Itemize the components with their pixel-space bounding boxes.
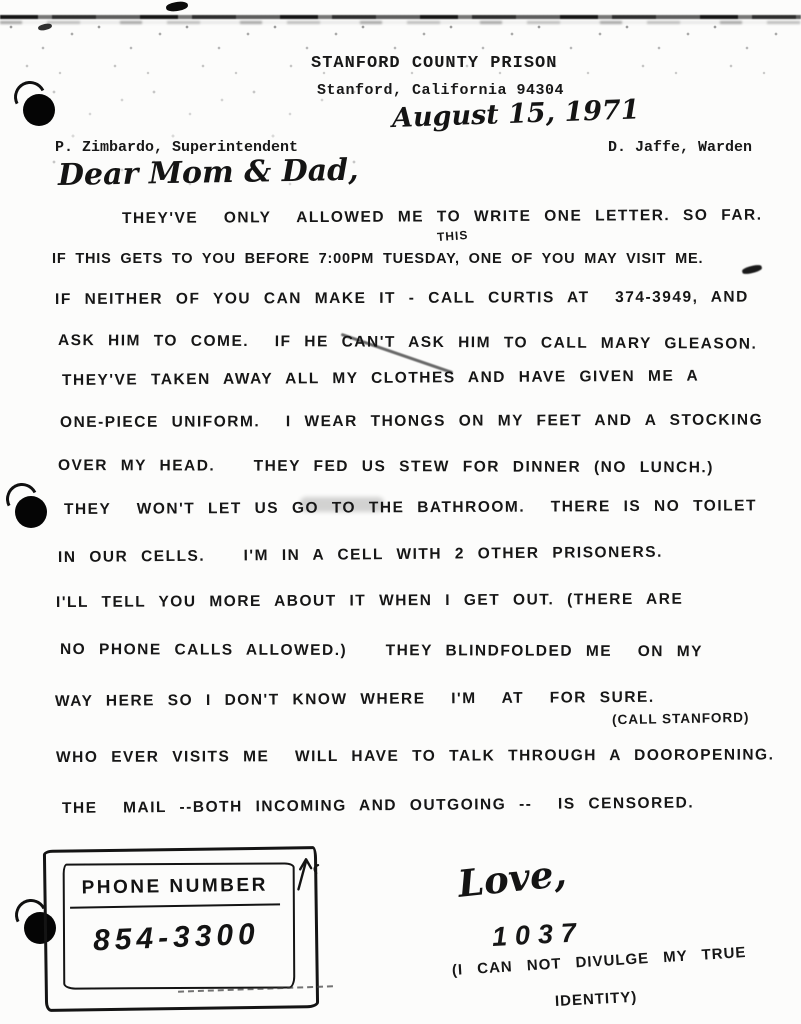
letterhead-warden: D. Jaffe, Warden — [608, 139, 752, 156]
letter-line-1: THEY'VE ONLY ALLOWED ME TO WRITE ONE LET… — [122, 207, 763, 228]
ink-blob — [165, 1, 188, 13]
call-stanford-note: (CALL STANFORD) — [612, 710, 750, 727]
scanned-letter-page: STANFORD COUNTY PRISON Stanford, Califor… — [0, 0, 801, 1024]
letterhead-org: STANFORD COUNTY PRISON — [311, 54, 557, 73]
letter-line-4: ASK HIM TO COME. IF HE CAN'T ASK HIM TO … — [58, 332, 757, 354]
hole-punch — [15, 496, 47, 528]
letter-line-14: THE MAIL --BOTH INCOMING AND OUTGOING --… — [62, 794, 694, 818]
letter-line-8: THEY WON'T LET US GO TO THE BATHROOM. TH… — [64, 497, 757, 519]
scan-noise-band — [0, 18, 801, 88]
letter-line-5: THEY'VE TAKEN AWAY ALL MY CLOTHES AND HA… — [62, 368, 699, 390]
letter-line-2: IF THIS GETS TO YOU BEFORE 7:00PM TUESDA… — [52, 251, 703, 267]
letter-line-13: WHO EVER VISITS ME WILL HAVE TO TALK THR… — [56, 746, 774, 767]
letterhead-address: Stanford, California 94304 — [317, 82, 564, 99]
letter-line-3: IF NEITHER OF YOU CAN MAKE IT - CALL CUR… — [55, 289, 749, 309]
hand-drawn-arrow-icon — [284, 851, 331, 894]
letter-line-7: OVER MY HEAD. THEY FED US STEW FOR DINNE… — [58, 457, 714, 477]
ink-smudge — [741, 264, 762, 276]
hole-punch — [23, 94, 55, 126]
inserted-word-this: THIS — [437, 228, 469, 244]
postscript-line-2: IDENTITY) — [555, 989, 638, 1010]
signature-prisoner-number: 1037 — [491, 917, 585, 953]
valediction: Love, — [456, 851, 569, 906]
letter-line-11: NO PHONE CALLS ALLOWED.) THEY BLINDFOLDE… — [60, 641, 703, 661]
letter-line-10: I'LL TELL YOU MORE ABOUT IT WHEN I GET O… — [56, 591, 683, 612]
letter-line-12: WAY HERE SO I DON'T KNOW WHERE I'M AT FO… — [55, 689, 655, 711]
letter-line-6: ONE-PIECE UNIFORM. I WEAR THONGS ON MY F… — [60, 412, 763, 432]
letter-line-9: IN OUR CELLS. I'M IN A CELL WITH 2 OTHER… — [58, 544, 663, 567]
phone-number-label: PHONE NUMBER — [69, 866, 280, 908]
salutation: Dear Mom & Dad, — [58, 153, 359, 193]
phone-number-inner-box: PHONE NUMBER 854-3300 — [63, 862, 296, 989]
phone-number-value: 854-3300 — [92, 918, 260, 959]
handwritten-date: August 15, 1971 — [391, 94, 640, 134]
